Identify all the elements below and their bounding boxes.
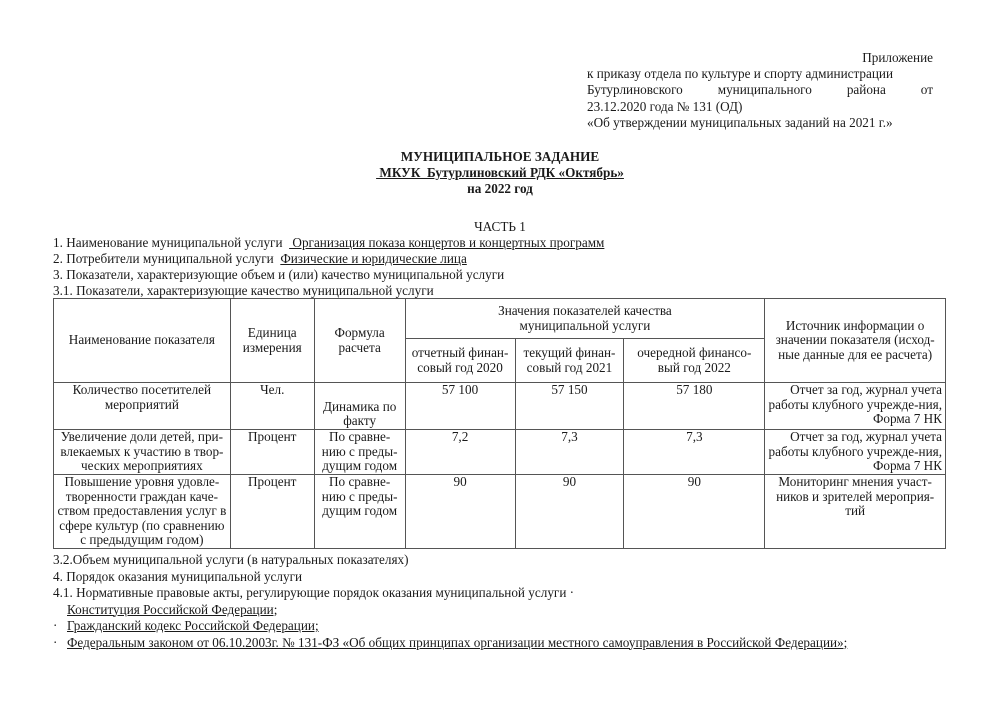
cell-source: Мониторинг мнения участ-ников и зрителей…: [765, 475, 946, 549]
cell-formula: Динамика по факту: [314, 383, 405, 430]
item-3-1: 3.1. Показатели, характеризующие качеств…: [53, 283, 604, 299]
item-value: Физические и юридические лица: [280, 251, 466, 266]
cell-name: Повышение уровня удовле-творенности граж…: [54, 475, 231, 549]
item-label: 1. Наименование муниципальной услуги: [53, 235, 289, 250]
item-3: 3. Показатели, характеризующие объем и (…: [53, 267, 604, 283]
header-values-group: Значения показателей качества муниципаль…: [405, 299, 765, 339]
legal-act-text: Федеральным законом от 06.10.2003г. № 13…: [67, 635, 847, 650]
item-1: 1. Наименование муниципальной услуги Орг…: [53, 235, 604, 251]
cell-source: Отчет за год, журнал учета работы клубно…: [765, 383, 946, 430]
cell-2020: 57 100: [405, 383, 515, 430]
cell-2022: 57 180: [624, 383, 765, 430]
table-row: Повышение уровня удовле-творенности граж…: [54, 475, 946, 549]
legal-act-text: Конституция Российской Федерации;: [67, 602, 277, 617]
part-heading: ЧАСТЬ 1: [0, 219, 1000, 235]
title-line: МУНИЦИПАЛЬНОЕ ЗАДАНИЕ: [0, 149, 1000, 165]
service-procedure: 3.2.Объем муниципальной услуги (в натура…: [53, 552, 847, 651]
cell-formula: По сравне-нию с преды-дущим годом: [314, 475, 405, 549]
cell-2021: 7,3: [515, 430, 624, 475]
item-2: 2. Потребители муниципальной услуги Физи…: [53, 251, 604, 267]
word: муниципального: [718, 82, 812, 98]
legal-act: ·Федеральным законом от 06.10.2003г. № 1…: [53, 635, 847, 652]
document-title: МУНИЦИПАЛЬНОЕ ЗАДАНИЕ МКУК Бутурлиновски…: [0, 149, 1000, 197]
bullet: ·: [53, 635, 67, 652]
quality-indicators-table: Наименование показателя Единица измерени…: [53, 298, 946, 549]
appendix-header: Приложение к приказу отдела по культуре …: [587, 50, 933, 131]
cell-formula: По сравне-нию с преды-дущим годом: [314, 430, 405, 475]
item-4-1: 4.1. Нормативные правовые акты, регулиру…: [53, 585, 847, 602]
bullet: ·: [53, 618, 67, 635]
header-2021: текущий финан-совый год 2021: [515, 339, 624, 383]
legal-act: ·Гражданский кодекс Российской Федерации…: [53, 618, 847, 635]
item-4: 4. Порядок оказания муниципальной услуги: [53, 569, 847, 586]
header-source: Источник информации о значении показател…: [765, 299, 946, 383]
cell-unit: Процент: [230, 430, 314, 475]
cell-2021: 90: [515, 475, 624, 549]
cell-2020: 7,2: [405, 430, 515, 475]
service-info: 1. Наименование муниципальной услуги Орг…: [53, 235, 604, 299]
table-row: Количество посетителей мероприятий Чел. …: [54, 383, 946, 430]
header-2020: отчетный финан-совый год 2020: [405, 339, 515, 383]
item-value: Организация показа концертов и концертны…: [289, 235, 604, 250]
cell-2020: 90: [405, 475, 515, 549]
header-name: Наименование показателя: [54, 299, 231, 383]
legal-act-text: Гражданский кодекс Российской Федерации;: [67, 618, 319, 633]
item-label: 2. Потребители муниципальной услуги: [53, 251, 280, 266]
cell-name: Увеличение доли детей, при-влекаемых к у…: [54, 430, 231, 475]
table-row: Увеличение доли детей, при-влекаемых к у…: [54, 430, 946, 475]
header-formula: Формула расчета: [314, 299, 405, 383]
legal-act: Конституция Российской Федерации;: [53, 602, 847, 619]
cell-2022: 90: [624, 475, 765, 549]
header-unit: Единица измерения: [230, 299, 314, 383]
cell-unit: Процент: [230, 475, 314, 549]
appendix-line: «Об утверждении муниципальных заданий на…: [587, 115, 933, 131]
cell-name: Количество посетителей мероприятий: [54, 383, 231, 430]
appendix-line-justified: Бутурлиновского муниципального района от: [587, 82, 933, 98]
cell-source: Отчет за год, журнал учета работы клубно…: [765, 430, 946, 475]
appendix-line: к приказу отдела по культуре и спорту ад…: [587, 66, 933, 82]
appendix-line: 23.12.2020 года № 131 (ОД): [587, 99, 933, 115]
word: от: [921, 82, 933, 98]
appendix-title: Приложение: [587, 50, 933, 66]
cell-2021: 57 150: [515, 383, 624, 430]
word: Бутурлиновского: [587, 82, 683, 98]
header-2022: очередной финансо-вый год 2022: [624, 339, 765, 383]
word: района: [847, 82, 886, 98]
cell-2022: 7,3: [624, 430, 765, 475]
title-organization: МКУК Бутурлиновский РДК «Октябрь»: [0, 165, 1000, 181]
title-year: на 2022 год: [0, 181, 1000, 197]
item-3-2: 3.2.Объем муниципальной услуги (в натура…: [53, 552, 847, 569]
cell-unit: Чел.: [230, 383, 314, 430]
